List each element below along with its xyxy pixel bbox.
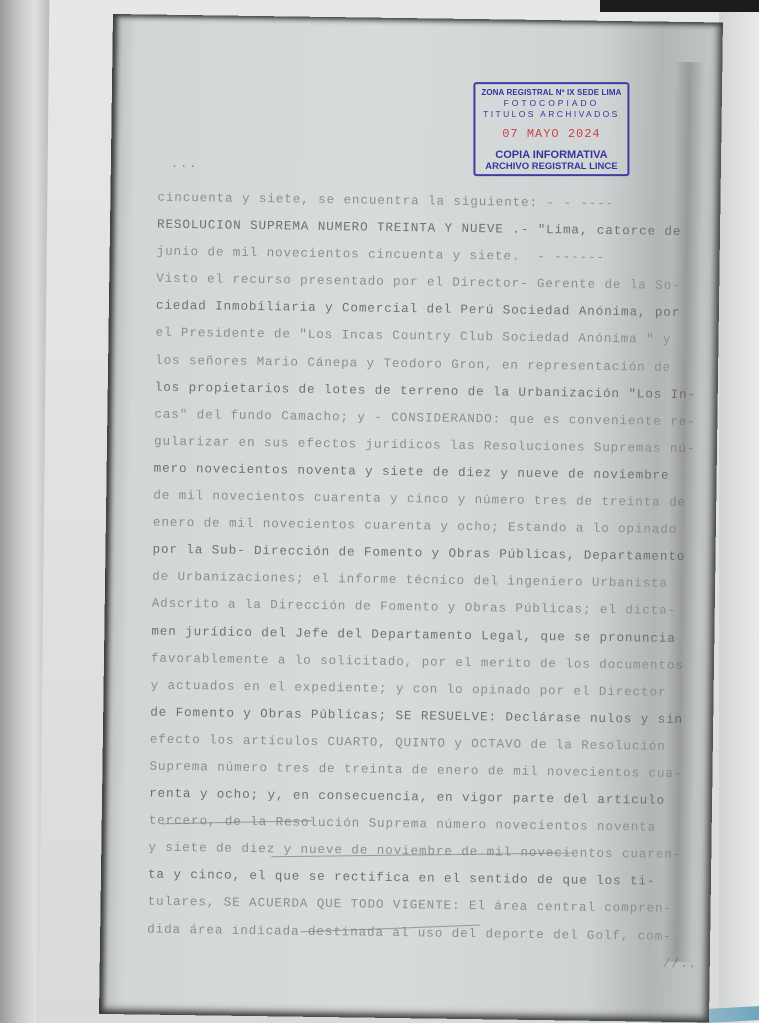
- stamp-date: 07 MAYO 2024: [475, 127, 627, 141]
- stamp-copy-type: COPIA INFORMATIVA: [475, 149, 627, 161]
- stamp-zone: ZONA REGISTRAL Nº IX SEDE LIMA: [475, 88, 627, 97]
- background-shadow: [600, 0, 759, 12]
- stamp-archive: ARCHIVO REGISTRAL LINCE: [475, 161, 627, 172]
- right-sheet-edge: [719, 0, 759, 1023]
- registry-stamp: ZONA REGISTRAL Nº IX SEDE LIMA FOTOCOPIA…: [473, 82, 629, 176]
- leading-marks: ...: [171, 157, 199, 171]
- photocopied-page: ZONA REGISTRAL Nº IX SEDE LIMA FOTOCOPIA…: [99, 14, 723, 1022]
- typewritten-text: cincuenta y siete, se encuentra la sigui…: [147, 185, 708, 978]
- stamp-photocopied: FOTOCOPIADO: [475, 98, 627, 108]
- stamp-titles: TITULOS ARCHIVADOS: [475, 109, 627, 119]
